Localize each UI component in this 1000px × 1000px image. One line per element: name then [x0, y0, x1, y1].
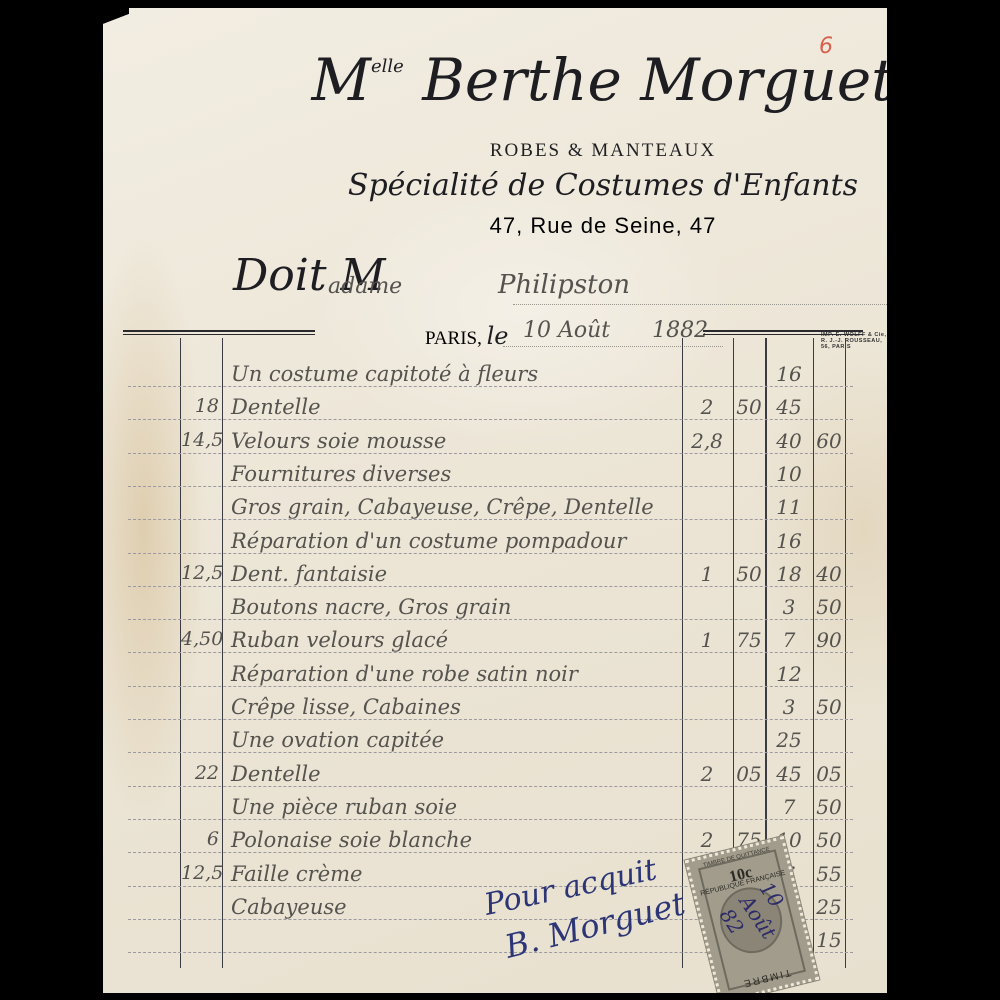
item-amount-centimes: 50	[814, 795, 844, 819]
item-description: Boutons nacre, Gros grain	[231, 595, 511, 619]
item-price-per-unit: 22	[181, 762, 219, 784]
item-description: Une ovation capitée	[231, 728, 444, 752]
item-amount-francs: 40	[766, 429, 812, 453]
item-price-per-unit: 14,5	[181, 429, 219, 451]
item-description: Polonaise soie blanche	[231, 828, 472, 852]
item-price-per-unit: 12,5	[181, 562, 219, 584]
item-quantity: 2	[683, 762, 731, 786]
total-amount-centimes: 15	[814, 928, 844, 952]
line-item-row: 18Dentelle25045	[103, 393, 887, 423]
item-description: Dentelle	[231, 395, 321, 419]
item-price-per-unit: 12,5	[181, 862, 219, 884]
line-item-row: 12,5Dent. fantaisie1501840	[103, 560, 887, 590]
line-item-row: Réparation d'un costume pompadour16	[103, 527, 887, 557]
item-amount-centimes: 05	[814, 762, 844, 786]
line-item-row: Une ovation capitée25	[103, 726, 887, 756]
line-item-row: Gros grain, Cabayeuse, Crêpe, Dentelle11	[103, 493, 887, 523]
item-amount-centimes: 25	[814, 895, 844, 919]
item-quantity: 1	[683, 628, 731, 652]
item-amount-centimes: 60	[814, 429, 844, 453]
item-description: Réparation d'une robe satin noir	[231, 662, 578, 686]
item-amount-francs: 18	[766, 562, 812, 586]
item-amount-francs: 45	[766, 762, 812, 786]
line-item-row: Un costume capitoté à fleurs16	[103, 360, 887, 390]
item-unit-fraction: 50	[734, 395, 764, 419]
line-item-row: Boutons nacre, Gros grain350	[103, 593, 887, 623]
item-amount-francs: 7	[766, 628, 812, 652]
line-item-row: 22Dentelle2054505	[103, 760, 887, 790]
item-unit-fraction: 75	[734, 628, 764, 652]
item-price-per-unit: 4,50	[181, 628, 219, 650]
item-amount-francs: 3	[766, 595, 812, 619]
item-amount-francs: 7	[766, 795, 812, 819]
item-amount-francs: 10	[766, 462, 812, 486]
item-amount-centimes: 55	[814, 862, 844, 886]
item-amount-francs: 12	[766, 662, 812, 686]
item-description: Dentelle	[231, 762, 321, 786]
item-price-per-unit: 6	[181, 828, 219, 850]
line-item-row: 14,5Velours soie mousse2,84060	[103, 427, 887, 457]
item-amount-francs: 11	[766, 495, 812, 519]
item-amount-francs: 3	[766, 695, 812, 719]
item-quantity: 2	[683, 395, 731, 419]
item-quantity: 2	[683, 828, 731, 852]
item-unit-fraction: 05	[734, 762, 764, 786]
item-description: Cabayeuse	[231, 895, 347, 919]
line-item-row: Crêpe lisse, Cabaines350	[103, 693, 887, 723]
item-amount-francs: 45	[766, 395, 812, 419]
item-description: Ruban velours glacé	[231, 628, 448, 652]
item-description: Une pièce ruban soie	[231, 795, 457, 819]
item-description: Fournitures diverses	[231, 462, 451, 486]
item-unit-fraction: 50	[734, 562, 764, 586]
item-description: Gros grain, Cabayeuse, Crêpe, Dentelle	[231, 495, 654, 519]
item-amount-centimes: 40	[814, 562, 844, 586]
item-price-per-unit: 18	[181, 395, 219, 417]
item-description: Velours soie mousse	[231, 429, 446, 453]
line-item-row: Réparation d'une robe satin noir12	[103, 660, 887, 690]
item-description: Dent. fantaisie	[231, 562, 387, 586]
invoice-paper: 6 Melle Berthe Morguet ROBES & MANTEAUX …	[103, 8, 887, 993]
item-quantity: 2,8	[683, 429, 731, 453]
item-amount-centimes: 50	[814, 695, 844, 719]
line-item-row: Fournitures diverses10	[103, 460, 887, 490]
item-amount-francs: 16	[766, 362, 812, 386]
item-description: Réparation d'un costume pompadour	[231, 529, 626, 553]
item-description: Faille crème	[231, 862, 363, 886]
item-amount-centimes: 90	[814, 628, 844, 652]
item-quantity: 1	[683, 562, 731, 586]
item-description: Un costume capitoté à fleurs	[231, 362, 538, 386]
item-amount-francs: 25	[766, 728, 812, 752]
line-item-row: Une pièce ruban soie750	[103, 793, 887, 823]
item-amount-centimes: 50	[814, 828, 844, 852]
item-amount-centimes: 50	[814, 595, 844, 619]
item-description: Crêpe lisse, Cabaines	[231, 695, 461, 719]
line-item-row: 4,50Ruban velours glacé175790	[103, 626, 887, 656]
item-amount-francs: 16	[766, 529, 812, 553]
